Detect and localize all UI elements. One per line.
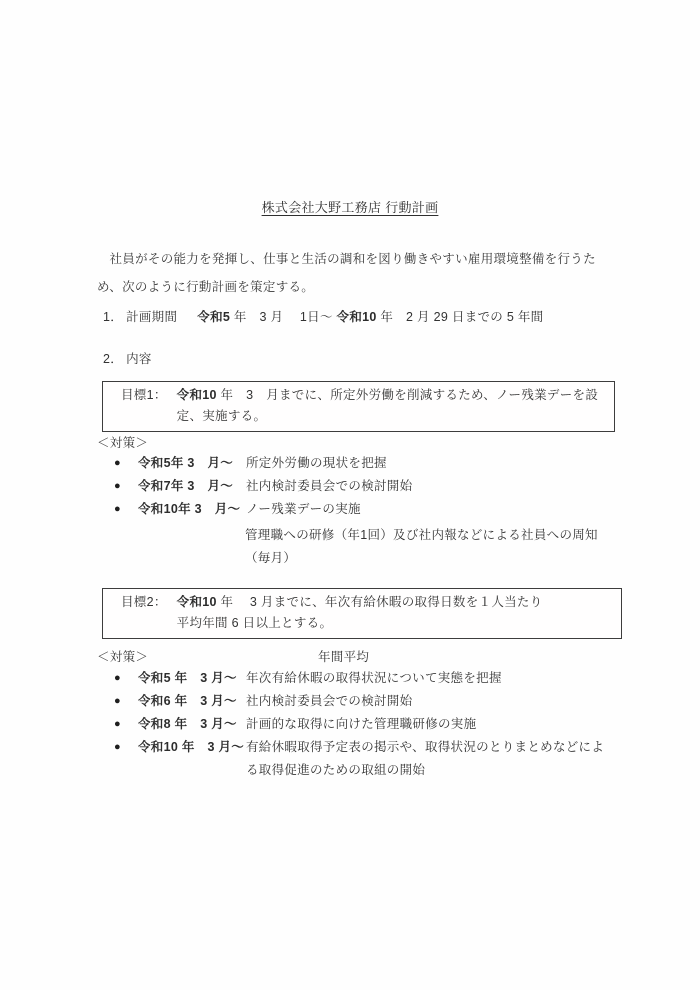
- goal1-measure3-note-line2: （毎月）: [245, 547, 296, 570]
- measure-item: ● 令和6 年 3 月～ 社内検討委員会での検討開始: [114, 690, 616, 713]
- goal1-text-line2: 定、実施する。: [177, 406, 598, 427]
- goal1-measure3-note-line1: 管理職への研修（年1回）及び社内報などによる社員への周知: [245, 524, 598, 547]
- bullet-icon: ●: [114, 690, 138, 713]
- period-end-detail: 年 2 月 29 日までの 5 年間: [377, 310, 544, 324]
- goal1-text: 令和10 年 3 月までに、所定外労働を削減するため、ノー残業デーを設 定、実施…: [177, 385, 598, 427]
- measure-action: ノー残業デーの実施: [246, 498, 614, 521]
- plan-period-value: 令和5 年 3 月 1日～ 令和10 年 2 月 29 日までの 5 年間: [197, 310, 543, 324]
- section-heading: 計画期間: [126, 310, 177, 324]
- period-start-era: 令和5: [197, 310, 230, 324]
- goal2-box: 目標2： 令和10 年 3 月までに、年次有給休暇の取得日数を１人当たり 平均年…: [102, 588, 622, 639]
- goal2-text-line1: 令和10 年 3 月までに、年次有給休暇の取得日数を１人当たり: [177, 592, 543, 613]
- annual-average-annotation: 年間平均: [318, 648, 369, 667]
- bullet-icon: ●: [114, 713, 138, 736]
- section-number: 1．: [103, 310, 123, 324]
- goal2-measures-label: ＜対策＞: [97, 648, 148, 667]
- goal1-measures: ● 令和5年 3 月～ 所定外労働の現状を把握 ● 令和7年 3 月～ 社内検討…: [114, 452, 616, 521]
- measure-action: 有給休暇取得予定表の掲示や、取得状況のとりまとめなどによる取得促進のための取組の…: [246, 736, 614, 782]
- goal1-era: 令和10: [177, 388, 217, 402]
- goal1-text-line1: 令和10 年 3 月までに、所定外労働を削減するため、ノー残業デーを設: [177, 385, 598, 406]
- measure-date: 令和7年 3 月～: [138, 475, 246, 498]
- measure-item: ● 令和7年 3 月～ 社内検討委員会での検討開始: [114, 475, 616, 498]
- measure-item: ● 令和10 年 3 月～ 有給休暇取得予定表の掲示や、取得状況のとりまとめなど…: [114, 736, 616, 782]
- measure-date: 令和8 年 3 月～: [138, 713, 246, 736]
- measure-action: 社内検討委員会での検討開始: [246, 475, 614, 498]
- section-number: 2．: [103, 352, 123, 366]
- measure-item: ● 令和5 年 3 月～ 年次有給休暇の取得状況について実態を把握: [114, 667, 616, 690]
- goal2-text-line2: 平均年間 6 日以上とする。: [177, 613, 543, 634]
- goal2-era: 令和10: [177, 595, 217, 609]
- bullet-icon: ●: [114, 736, 138, 782]
- bullet-icon: ●: [114, 498, 138, 521]
- measure-item: ● 令和5年 3 月～ 所定外労働の現状を把握: [114, 452, 616, 475]
- measure-action: 計画的な取得に向けた管理職研修の実施: [246, 713, 614, 736]
- bullet-icon: ●: [114, 475, 138, 498]
- goal1-measures-label: ＜対策＞: [97, 434, 148, 453]
- section-plan-period: 1．計画期間令和5 年 3 月 1日～ 令和10 年 2 月 29 日までの 5…: [103, 308, 544, 327]
- goal1-box: 目標1： 令和10 年 3 月までに、所定外労働を削減するため、ノー残業デーを設…: [102, 381, 615, 432]
- goal2-measures: ● 令和5 年 3 月～ 年次有給休暇の取得状況について実態を把握 ● 令和6 …: [114, 667, 616, 782]
- goal1-label: 目標1：: [121, 385, 167, 406]
- measure-action: 年次有給休暇の取得状況について実態を把握: [246, 667, 614, 690]
- bullet-icon: ●: [114, 667, 138, 690]
- section-heading: 内容: [126, 352, 152, 366]
- goal1-line1-rest: 年 3 月までに、所定外労働を削減するため、ノー残業デーを設: [217, 388, 598, 402]
- measure-action: 所定外労働の現状を把握: [246, 452, 614, 475]
- period-end-era: 令和10: [337, 310, 377, 324]
- measure-date: 令和10年 3 月～: [138, 498, 246, 521]
- measure-date: 令和5 年 3 月～: [138, 667, 246, 690]
- bullet-icon: ●: [114, 452, 138, 475]
- goal2-line1-rest: 年 3 月までに、年次有給休暇の取得日数を１人当たり: [217, 595, 543, 609]
- page-title: 株式会社大野工務店 行動計画: [0, 198, 700, 218]
- measure-date: 令和5年 3 月～: [138, 452, 246, 475]
- document-page: 株式会社大野工務店 行動計画 社員がその能力を発揮し、仕事と生活の調和を図り働き…: [0, 0, 700, 990]
- section-content: 2．内容: [103, 350, 152, 369]
- measure-item: ● 令和10年 3 月～ ノー残業デーの実施: [114, 498, 616, 521]
- intro-paragraph: 社員がその能力を発揮し、仕事と生活の調和を図り働きやすい雇用環境整備を行うため、…: [97, 245, 619, 301]
- goal2-text: 令和10 年 3 月までに、年次有給休暇の取得日数を１人当たり 平均年間 6 日…: [177, 592, 543, 634]
- goal2-label: 目標2：: [121, 592, 167, 613]
- measure-date: 令和6 年 3 月～: [138, 690, 246, 713]
- measure-date: 令和10 年 3 月～: [138, 736, 246, 782]
- period-start-detail: 年 3 月 1日～: [230, 310, 336, 324]
- measure-action: 社内検討委員会での検討開始: [246, 690, 614, 713]
- measure-item: ● 令和8 年 3 月～ 計画的な取得に向けた管理職研修の実施: [114, 713, 616, 736]
- page-title-text: 株式会社大野工務店 行動計画: [262, 200, 439, 215]
